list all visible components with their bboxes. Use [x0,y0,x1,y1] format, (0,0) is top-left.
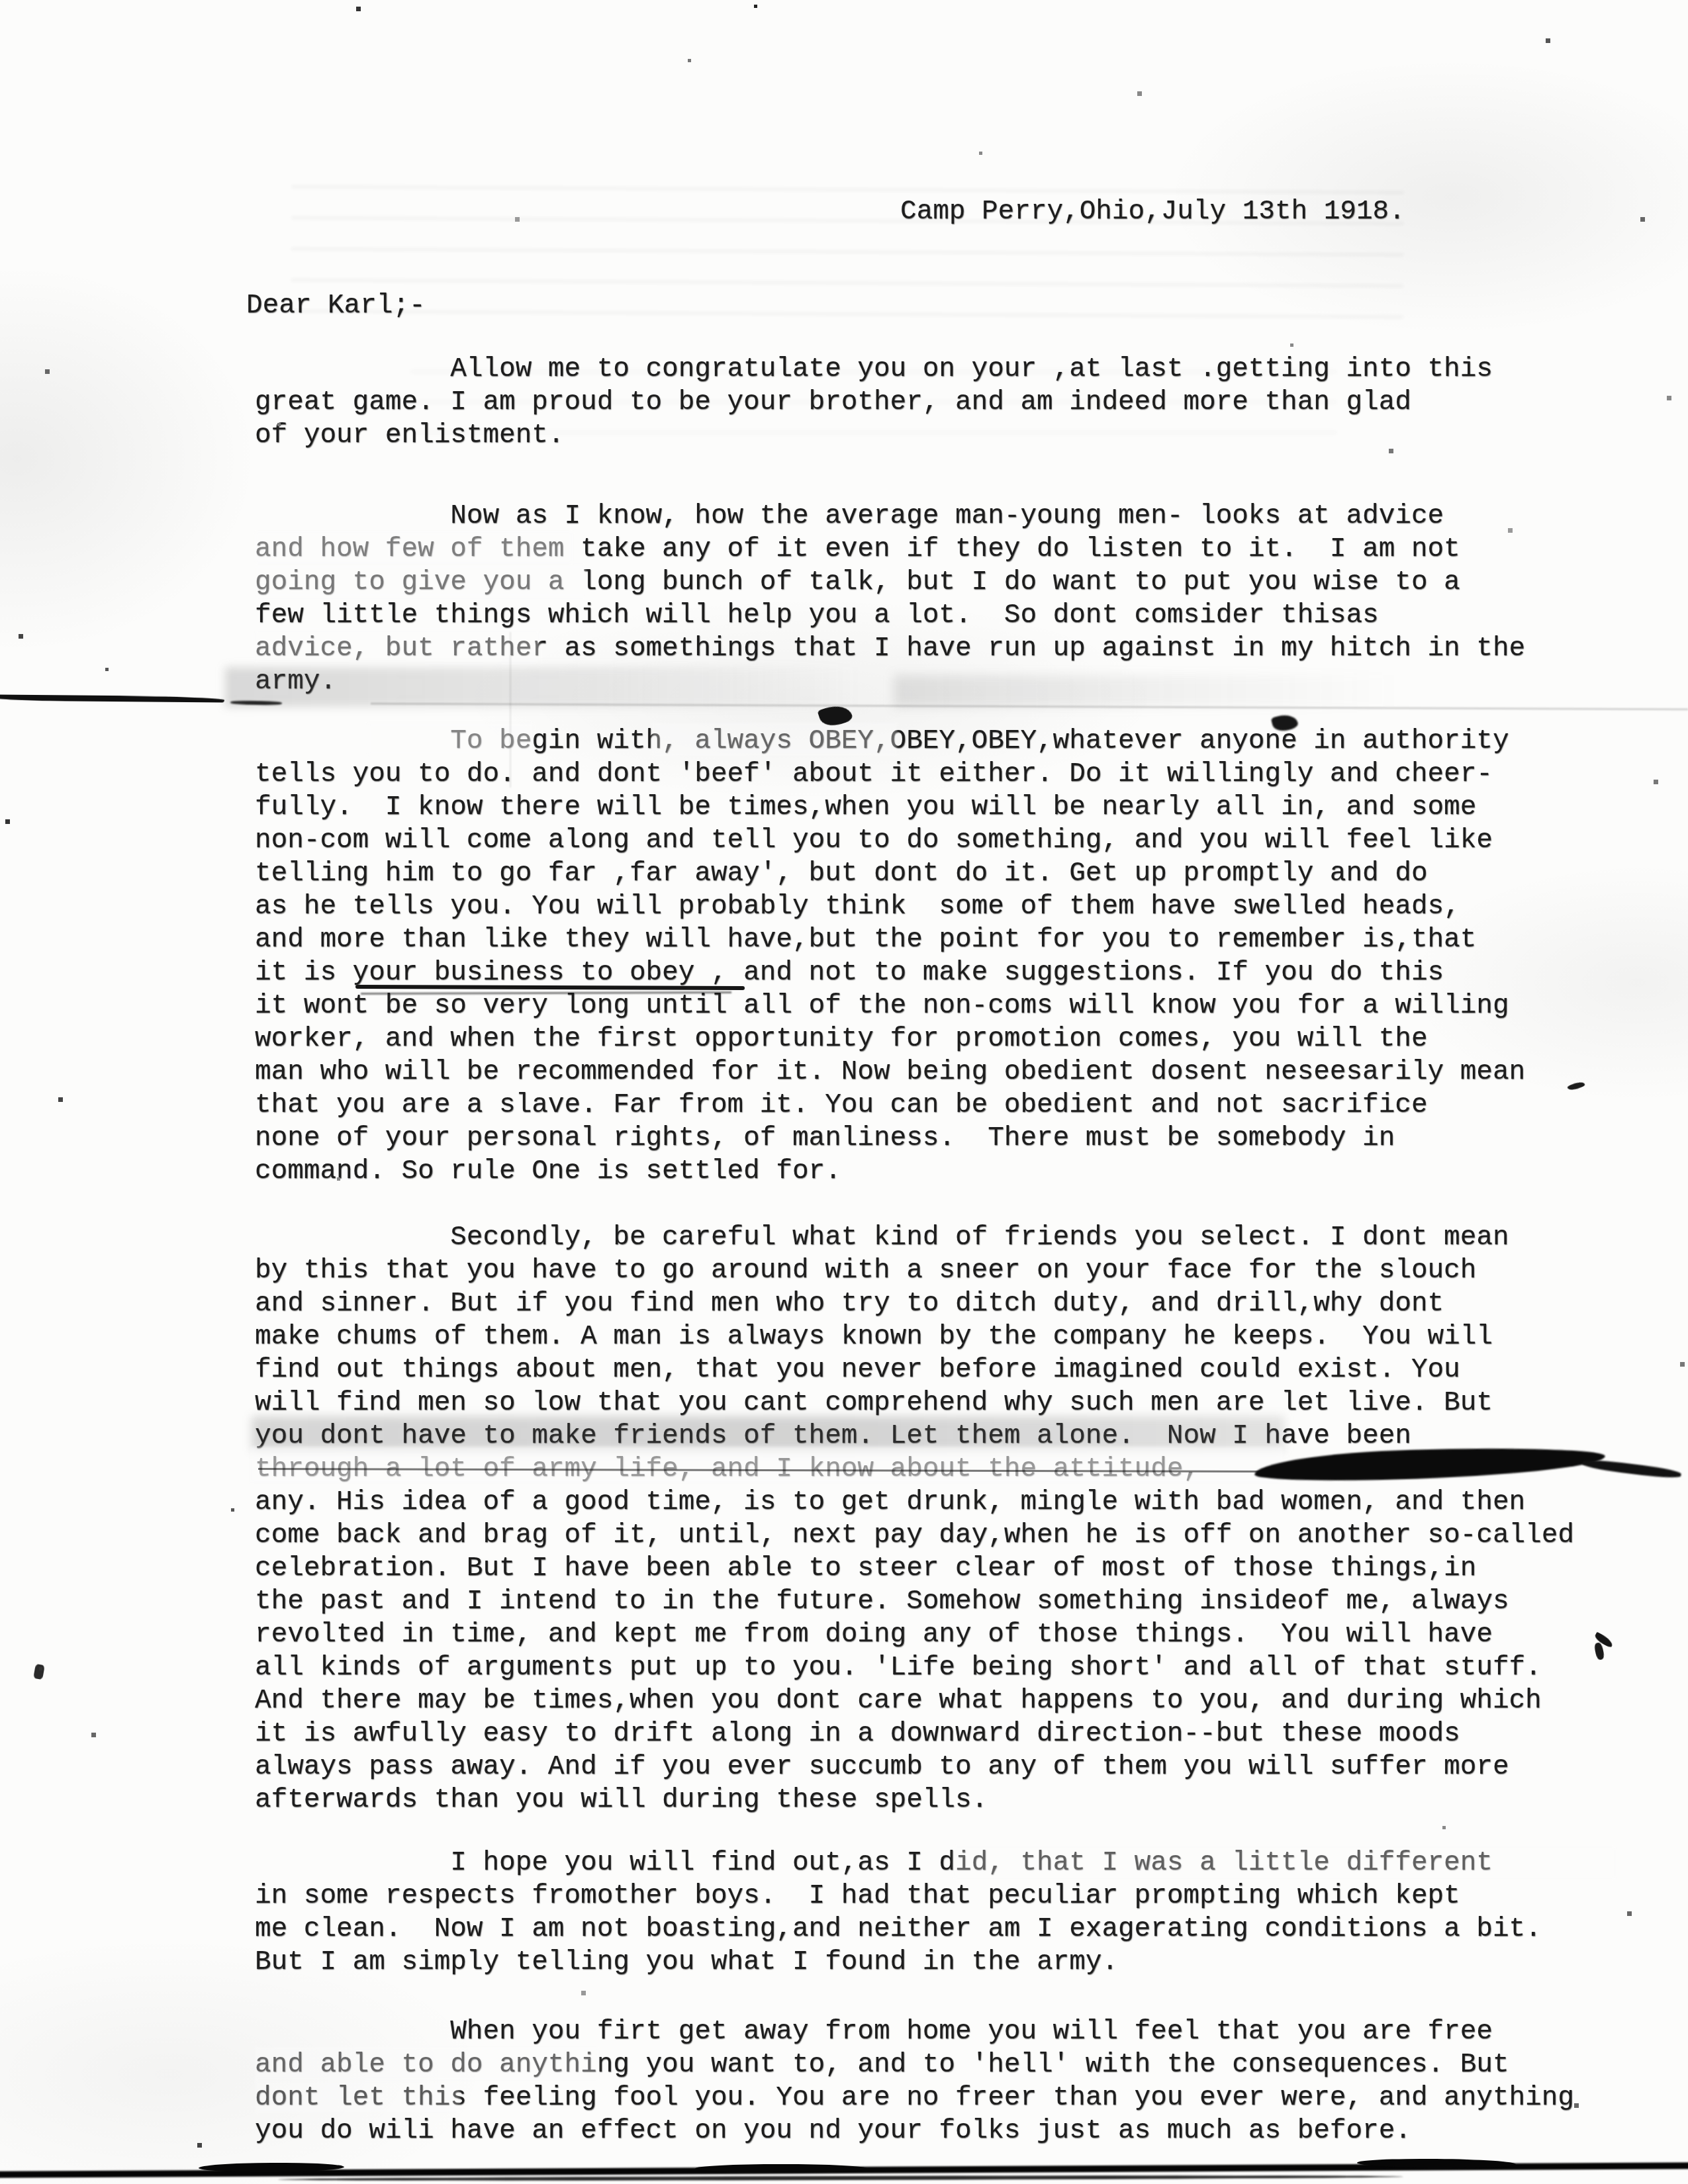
bottom-fold-edge [278,2175,1403,2181]
bottom-fold-edge [1357,2158,1516,2169]
fold-crease-line [0,694,224,702]
margin-mark [33,1664,45,1680]
letter-dateline: Camp Perry,Ohio,July 13th 1918. [900,195,1405,228]
margin-mark [1593,1632,1615,1649]
fold-crease-line [230,700,282,705]
letter-paragraph: Allow me to congratulate you on your ,at… [255,353,1493,452]
margin-mark [1567,1079,1585,1093]
bottom-fold-edge [695,2164,867,2173]
letter-paragraph: I hope you will find out,as I did, that … [255,1846,1542,1979]
letter-paragraph: Now as I know, how the average man-young… [255,500,1525,698]
letter-salutation: Dear Karl;- [246,289,426,322]
letter-paragraph: To begin with, always OBEY,OBEY,OBEY,wha… [255,725,1525,1188]
bottom-fold-edge [199,2162,344,2173]
letter-paragraph: Secondly, be careful what kind of friend… [255,1221,1574,1817]
margin-mark [1593,1642,1605,1661]
ink-streak [1582,1458,1682,1480]
letter-paragraph: When you firt get away from home you wil… [255,2015,1574,2148]
bottom-fold-edge [0,2162,1688,2178]
paper-specks [0,0,2,2]
scanned-letter-page: Camp Perry,Ohio,July 13th 1918. Dear Kar… [0,0,1688,2184]
fold-crease-line [371,703,1688,711]
